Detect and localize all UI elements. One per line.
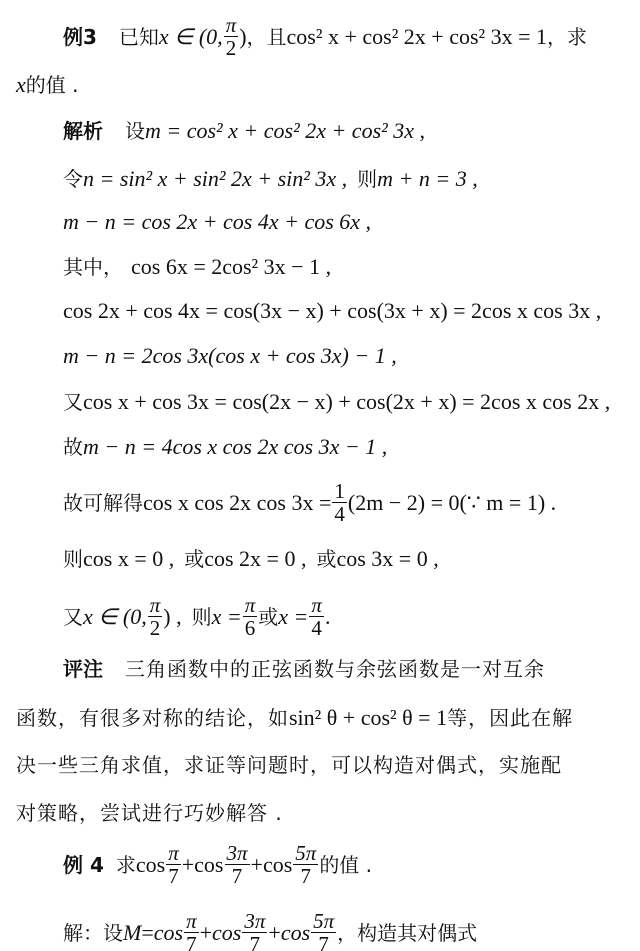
- denominator: 4: [309, 617, 324, 639]
- fraction-pi-over-7: π 7: [184, 910, 199, 951]
- example3-statement-line1: 例3 已知 x ∈ (0, π 2 ) ，且 cos² x + cos² 2x …: [63, 14, 587, 59]
- text: 则: [192, 607, 212, 627]
- solution3-line1: 解析 设 m = cos² x + cos² 2x + cos² 3x ,: [63, 120, 425, 142]
- text: 的值 .: [26, 75, 79, 95]
- fraction-pi-over-7: π 7: [166, 842, 181, 887]
- text: ，构造其对偶式: [337, 923, 477, 943]
- math-equation: (2m − 2) = 0(∵ m = 1) .: [348, 492, 556, 514]
- math: cos: [154, 922, 183, 944]
- solution3-label: 解析: [63, 121, 103, 141]
- remark-line4: 对策略，尝试进行巧妙解答 .: [16, 803, 283, 823]
- text: 设: [125, 121, 145, 141]
- math: x ∈ (0,: [83, 606, 147, 628]
- denominator: 7: [230, 865, 245, 887]
- math: cos: [263, 854, 292, 876]
- text: 的值 .: [319, 855, 372, 875]
- math-equation: cos x + cos 3x = cos(2x − x) + cos(2x + …: [83, 391, 610, 413]
- text: 又: [63, 607, 83, 627]
- text: 或: [184, 549, 204, 569]
- math: +: [268, 922, 280, 944]
- solution3-line3: m − n = cos 2x + cos 4x + cos 6x ,: [63, 211, 371, 233]
- remark-line1: 评注 三角函数中的正弦函数与余弦函数是一对互余: [63, 659, 545, 679]
- math-equation: m + n = 3 ,: [377, 168, 478, 190]
- denominator: 7: [248, 933, 263, 951]
- denominator: 4: [332, 503, 347, 525]
- numerator: π: [224, 14, 239, 36]
- text: 三角函数中的正弦函数与余弦函数是一对互余: [125, 659, 545, 679]
- numerator: π: [184, 910, 199, 932]
- text: 等，因此在解: [447, 708, 573, 728]
- math: ): [239, 26, 246, 48]
- denominator: 2: [224, 37, 239, 59]
- math-equation: m − n = 2cos 3x(cos x + cos 3x) − 1 ,: [63, 345, 397, 367]
- text: ，求: [547, 27, 587, 47]
- text: 解：设: [63, 923, 123, 943]
- math: ) ,: [163, 606, 181, 628]
- remark-line2: 函数，有很多对称的结论，如 sin² θ + cos² θ = 1 等，因此在解: [16, 707, 573, 729]
- math-equation: n = sin² x + sin² 2x + sin² 3x ,: [83, 168, 347, 190]
- math: cos: [281, 922, 310, 944]
- math-equation: m − n = cos 2x + cos 4x + cos 6x ,: [63, 211, 371, 233]
- text: 或: [316, 549, 336, 569]
- math: M: [123, 922, 141, 944]
- solution3-cases-line: 则 cos x = 0 , 或 cos 2x = 0 , 或 cos 3x = …: [63, 548, 439, 570]
- denominator: 7: [184, 933, 199, 951]
- text: 或: [258, 607, 278, 627]
- text: 其中，: [63, 257, 123, 277]
- math-equation: m = cos² x + cos² 2x + cos² 3x ,: [145, 120, 425, 142]
- math-equation: cos 6x = 2cos² 3x − 1 ,: [131, 256, 331, 278]
- example4-statement: 例 4 求 cos π 7 + cos 3π 7 + cos 5π 7 的值 .: [63, 842, 372, 887]
- numerator: 5π: [293, 842, 318, 864]
- numerator: 1: [332, 480, 347, 502]
- fraction-5pi-over-7: 5π 7: [311, 910, 336, 951]
- math-equation: cos 3x = 0 ,: [336, 548, 438, 570]
- math: x ∈ (0,: [159, 26, 223, 48]
- text: 则: [357, 169, 377, 189]
- remark-label: 评注: [63, 659, 103, 679]
- fraction-pi-over-4: π 4: [309, 594, 324, 639]
- solution3-solve-line: 故可解得 cos x cos 2x cos 3x = 1 4 (2m − 2) …: [63, 480, 556, 525]
- text: 求: [116, 855, 136, 875]
- text: 决一些三角求值，求证等问题时，可以构造对偶式，实施配: [16, 755, 562, 775]
- math: cos: [212, 922, 241, 944]
- numerator: π: [309, 594, 324, 616]
- numerator: 3π: [242, 910, 267, 932]
- example4-label: 例 4: [63, 855, 104, 875]
- solution3-line7: 又 cos x + cos 3x = cos(2x − x) + cos(2x …: [63, 391, 610, 413]
- solution3-line8: 故 m − n = 4cos x cos 2x cos 3x − 1 ,: [63, 436, 387, 458]
- numerator: π: [148, 594, 163, 616]
- denominator: 7: [316, 933, 331, 951]
- math-equation: cos 2x + cos 4x = cos(3x − x) + cos(3x +…: [63, 300, 601, 322]
- math: +: [251, 854, 263, 876]
- math: cos: [194, 854, 223, 876]
- solution3-line5: cos 2x + cos 4x = cos(3x − x) + cos(3x +…: [63, 300, 601, 322]
- solution3-line6: m − n = 2cos 3x(cos x + cos 3x) − 1 ,: [63, 345, 397, 367]
- denominator: 7: [166, 865, 181, 887]
- denominator: 6: [243, 617, 258, 639]
- solution3-answer-line: 又 x ∈ (0, π 2 ) , 则 x = π 6 或 x = π 4 .: [63, 594, 330, 639]
- math-equation: cos 2x = 0 ,: [204, 548, 306, 570]
- example3-statement-line2: x 的值 .: [16, 74, 78, 96]
- fraction-5pi-over-7: 5π 7: [293, 842, 318, 887]
- numerator: 5π: [311, 910, 336, 932]
- math: .: [325, 606, 331, 628]
- fraction-pi-over-2: π 2: [148, 594, 163, 639]
- text: 故: [63, 437, 83, 457]
- math-equation: cos x = 0 ,: [83, 548, 174, 570]
- fraction-pi-over-2: π 2: [224, 14, 239, 59]
- math-equation: cos x cos 2x cos 3x =: [143, 492, 331, 514]
- example3-label: 例3: [63, 27, 97, 47]
- numerator: π: [166, 842, 181, 864]
- math: x: [16, 74, 26, 96]
- math: x =: [278, 606, 308, 628]
- text: 函数，有很多对称的结论，如: [16, 708, 289, 728]
- numerator: 3π: [225, 842, 250, 864]
- math: +: [200, 922, 212, 944]
- solution3-line2: 令 n = sin² x + sin² 2x + sin² 3x , 则 m +…: [63, 168, 478, 190]
- fraction-3pi-over-7: 3π 7: [242, 910, 267, 951]
- solution4-line1: 解：设 M = cos π 7 + cos 3π 7 + cos 5π 7 ，构…: [63, 910, 477, 951]
- text: 故可解得: [63, 493, 143, 513]
- text: 则: [63, 549, 83, 569]
- math: cos: [136, 854, 165, 876]
- solution3-line4: 其中， cos 6x = 2cos² 3x − 1 ,: [63, 256, 331, 278]
- text: 又: [63, 392, 83, 412]
- denominator: 2: [148, 617, 163, 639]
- math-equation: m − n = 4cos x cos 2x cos 3x − 1 ,: [83, 436, 387, 458]
- remark-line3: 决一些三角求值，求证等问题时，可以构造对偶式，实施配: [16, 755, 562, 775]
- text: 对策略，尝试进行巧妙解答 .: [16, 803, 283, 823]
- math: +: [182, 854, 194, 876]
- math: =: [141, 922, 153, 944]
- math-equation: sin² θ + cos² θ = 1: [289, 707, 447, 729]
- denominator: 7: [299, 865, 314, 887]
- text: 令: [63, 169, 83, 189]
- fraction-3pi-over-7: 3π 7: [225, 842, 250, 887]
- math: x =: [212, 606, 242, 628]
- fraction-pi-over-6: π 6: [243, 594, 258, 639]
- text: ，且: [247, 27, 287, 47]
- numerator: π: [243, 594, 258, 616]
- fraction-1-over-4: 1 4: [332, 480, 347, 525]
- math-equation: cos² x + cos² 2x + cos² 3x = 1: [287, 26, 548, 48]
- text: 已知: [119, 27, 159, 47]
